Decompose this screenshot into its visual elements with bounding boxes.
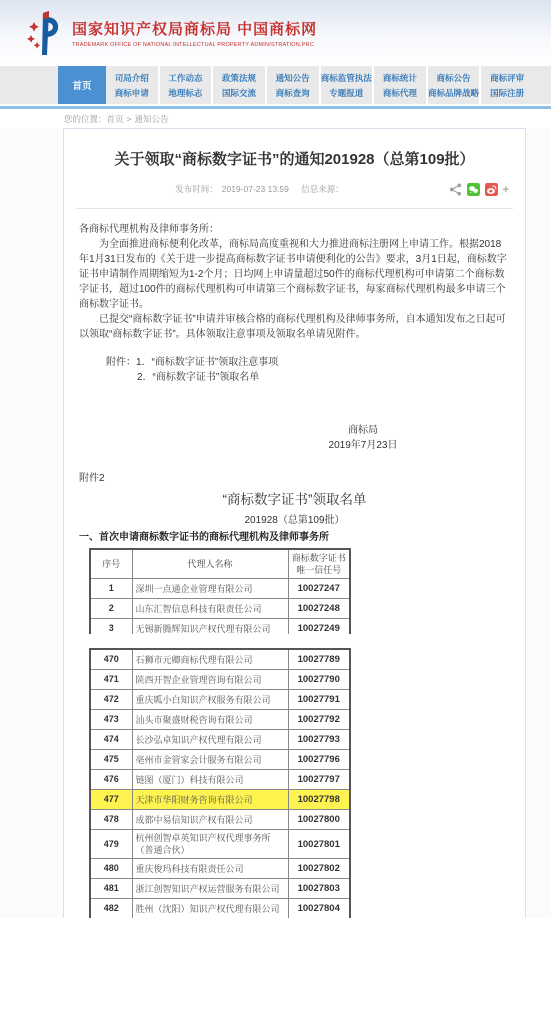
row-no: 3 [90,619,132,635]
row-no: 1 [90,579,132,599]
agent-name: 无锡新腾辉知识产权代理有限公司 [132,619,288,635]
cert-number: 10027793 [288,730,350,750]
row-no: 478 [90,810,132,830]
col-header-cert: 商标数字证书唯一信任号 [288,549,350,579]
row-no: 480 [90,859,132,879]
attachment-item-2: 2．“商标数字证书”领取名单 [106,370,510,385]
agent-name: 胜州（沈阳）知识产权代理有限公司 [132,899,288,919]
attachment-line-1: 附件：1．“商标数字证书”领取注意事项 [106,355,510,370]
main-nav: 首页 司局介绍商标申请工作动态地理标志政策法规国际交流通知公告商标查询商标监管执… [0,66,551,104]
nav-col-5: 商标统计商标代理 [374,66,428,104]
agent-name: 亳州市金管家会计服务有限公司 [132,750,288,770]
site-subtitle: TRADEMARK OFFICE OF NATIONAL INTELLECTUA… [72,42,317,48]
table-row: 476链图（厦门）科技有限公司10027797 [90,770,350,790]
tbody-bottom: 470石狮市元卿商标代理有限公司10027789471陕西开智企业管理咨询有限公… [90,649,350,918]
table-row: 472重庆呱小白知识产权服务有限公司10027791 [90,690,350,710]
appendix-label: 附件2 [79,471,510,486]
row-no: 479 [90,830,132,859]
nav-link[interactable]: 商标公告 [437,72,471,84]
wechat-icon[interactable] [467,183,480,196]
article-card: 关于领取“商标数字证书”的通知201928（总第109批） 发布时间：2019-… [63,128,526,918]
agent-name: 陕西开智企业管理咨询有限公司 [132,670,288,690]
cert-number: 10027802 [288,859,350,879]
cert-number: 10027803 [288,879,350,899]
nav-col-3: 通知公告商标查询 [267,66,321,104]
page: 国家知识产权局商标局 中国商标网 TRADEMARK OFFICE OF NAT… [0,0,551,1024]
nav-link[interactable]: 商标申请 [115,87,149,99]
table-row: 482胜州（沈阳）知识产权代理有限公司10027804 [90,899,350,919]
cert-number: 10027247 [288,579,350,599]
table-header-row: 序号 代理人名称 商标数字证书唯一信任号 [90,549,350,579]
table-row: 1深圳一点通企业管理有限公司10027247 [90,579,350,599]
row-no: 471 [90,670,132,690]
nav-link[interactable]: 司局介绍 [115,72,149,84]
appendix-title: “商标数字证书”领取名单 [79,492,510,507]
agent-name: 成都中易信知识产权有限公司 [132,810,288,830]
row-no: 472 [90,690,132,710]
nav-item-home[interactable]: 首页 [58,66,106,104]
publish-time-label: 发布时间： [175,184,218,194]
nav-link[interactable]: 商标评审 [490,72,524,84]
share-more-icon[interactable]: + [503,184,509,196]
breadcrumb-items: 首页>通知公告 [107,114,169,124]
salutation: 各商标代理机构及律师事务所： [79,222,510,237]
article-body: 各商标代理机构及律师事务所： 为全面推进商标便利化改革，商标局高度重视和大力推进… [64,222,525,918]
agent-name: 天津市华阳财务咨询有限公司 [132,790,288,810]
breadcrumb-item[interactable]: 通知公告 [135,114,169,124]
nav-link[interactable]: 国际注册 [490,87,524,99]
nav-col-0: 司局介绍商标申请 [106,66,160,104]
cert-number: 10027798 [288,790,350,810]
table-row: 478成都中易信知识产权有限公司10027800 [90,810,350,830]
table-row: 477天津市华阳财务咨询有限公司10027798 [90,790,350,810]
attachment-list: 附件：1．“商标数字证书”领取注意事项 2．“商标数字证书”领取名单 [106,355,510,385]
table-row: 470石狮市元卿商标代理有限公司10027789 [90,649,350,670]
col-header-name: 代理人名称 [132,549,288,579]
appendix-subtitle: 201928（总第109批） [79,513,510,528]
nav-link[interactable]: 商标查询 [276,87,310,99]
agent-name: 深圳一点通企业管理有限公司 [132,579,288,599]
row-no: 477 [90,790,132,810]
weibo-icon[interactable] [485,183,498,196]
table-row: 473汕头市聚盛财税咨询有限公司10027792 [90,710,350,730]
article-meta-row: 发布时间：2019-07-23 13:59 信息来源： [64,183,525,199]
agent-name: 山东汇智信息科技有限责任公司 [132,599,288,619]
share-icon[interactable] [449,183,462,196]
table-row: 481浙江创智知识产权运营服务有限公司10027803 [90,879,350,899]
source-label: 信息来源： [301,184,344,194]
table-row: 475亳州市金管家会计服务有限公司10027796 [90,750,350,770]
paragraph-2: 已提交“商标数字证书”申请并审核合格的商标代理机构及律师事务所，自本通知发布之日… [79,312,510,342]
row-no: 476 [90,770,132,790]
table-row: 479杭州创智卓英知识产权代理事务所（普通合伙）10027801 [90,830,350,859]
cert-number: 10027796 [288,750,350,770]
nav-link[interactable]: 专题报道 [329,87,363,99]
signer-org: 商标局 [283,423,443,438]
breadcrumb-label: 您的位置： [64,114,107,124]
table-row: 2山东汇智信息科技有限责任公司10027248 [90,599,350,619]
site-logo [26,10,66,56]
publish-time: 2019-07-23 13:59 [222,184,289,194]
roster-table-bottom: 470石狮市元卿商标代理有限公司10027789471陕西开智企业管理咨询有限公… [89,648,351,918]
nav-link[interactable]: 商标代理 [383,87,417,99]
agent-name: 重庆呱小白知识产权服务有限公司 [132,690,288,710]
agent-name: 浙江创智知识产权运营服务有限公司 [132,879,288,899]
agent-name: 长沙弘卓知识产权代理有限公司 [132,730,288,750]
meta-divider [76,208,513,209]
nav-link[interactable]: 商标监管执法 [321,72,372,84]
table-row: 3无锡新腾辉知识产权代理有限公司10027249 [90,619,350,635]
nav-link[interactable]: 国际交流 [222,87,256,99]
cert-number: 10027797 [288,770,350,790]
cert-number: 10027791 [288,690,350,710]
nav-link[interactable]: 工作动态 [168,72,202,84]
signature-block: 商标局 2019年7月23日 [283,423,443,453]
nav-link[interactable]: 地理标志 [168,87,202,99]
paragraph-1: 为全面推进商标便利化改革，商标局高度重视和大力推进商标注册网上申请工作。根据20… [79,237,510,312]
row-no: 475 [90,750,132,770]
agent-name: 汕头市聚盛财税咨询有限公司 [132,710,288,730]
site-title: 国家知识产权局商标局 中国商标网 [72,18,317,39]
breadcrumb: 您的位置：首页>通知公告 [64,113,169,125]
page-title: 关于领取“商标数字证书”的通知201928（总第109批） [92,149,497,171]
cert-number: 10027800 [288,810,350,830]
row-no: 2 [90,599,132,619]
row-no: 473 [90,710,132,730]
site-banner: 国家知识产权局商标局 中国商标网 TRADEMARK OFFICE OF NAT… [0,0,551,66]
nav-divider-rule [0,106,551,109]
screenshot-splice-gap [79,634,510,648]
share-bar: + [449,183,509,196]
cert-number: 10027792 [288,710,350,730]
row-no: 470 [90,649,132,670]
nav-col-6: 商标公告商标品牌战略 [428,66,482,104]
breadcrumb-item[interactable]: 首页 [107,114,124,124]
row-no: 481 [90,879,132,899]
nav-link[interactable]: 通知公告 [276,72,310,84]
roster-table-bottom-clip: 470石狮市元卿商标代理有限公司10027789471陕西开智企业管理咨询有限公… [89,648,355,918]
agent-name: 重庆俊玛科技有限责任公司 [132,859,288,879]
cert-number: 10027804 [288,899,350,919]
cert-number: 10027801 [288,830,350,859]
cert-number: 10027249 [288,619,350,635]
attachments-label: 附件： [106,357,136,368]
table-row: 471陕西开智企业管理咨询有限公司10027790 [90,670,350,690]
row-no: 482 [90,899,132,919]
nav-col-7: 商标评审国际注册 [481,66,533,104]
roster-table-top-clip: 序号 代理人名称 商标数字证书唯一信任号 1深圳一点通企业管理有限公司10027… [89,548,355,634]
table-row: 480重庆俊玛科技有限责任公司10027802 [90,859,350,879]
nav-link[interactable]: 政策法规 [222,72,256,84]
attachment-item-1: 1．“商标数字证书”领取注意事项 [136,357,278,368]
breadcrumb-separator: > [127,114,132,124]
nav-link[interactable]: 商标统计 [383,72,417,84]
nav-link[interactable]: 商标品牌战略 [428,87,479,99]
row-no: 474 [90,730,132,750]
agent-name: 石狮市元卿商标代理有限公司 [132,649,288,670]
nav-col-2: 政策法规国际交流 [213,66,267,104]
cert-number: 10027790 [288,670,350,690]
sign-date: 2019年7月23日 [283,438,443,453]
section-heading: 一、首次申请商标数字证书的商标代理机构及律师事务所 [79,530,510,545]
nav-col-1: 工作动态地理标志 [160,66,214,104]
table-row: 474长沙弘卓知识产权代理有限公司10027793 [90,730,350,750]
cert-number: 10027789 [288,649,350,670]
col-header-no: 序号 [90,549,132,579]
roster-table-top: 序号 代理人名称 商标数字证书唯一信任号 1深圳一点通企业管理有限公司10027… [89,548,351,634]
nav-col-4: 商标监管执法专题报道 [321,66,375,104]
agent-name: 杭州创智卓英知识产权代理事务所（普通合伙） [132,830,288,859]
tbody-top: 1深圳一点通企业管理有限公司100272472山东汇智信息科技有限责任公司100… [90,579,350,635]
cert-number: 10027248 [288,599,350,619]
agent-name: 链图（厦门）科技有限公司 [132,770,288,790]
